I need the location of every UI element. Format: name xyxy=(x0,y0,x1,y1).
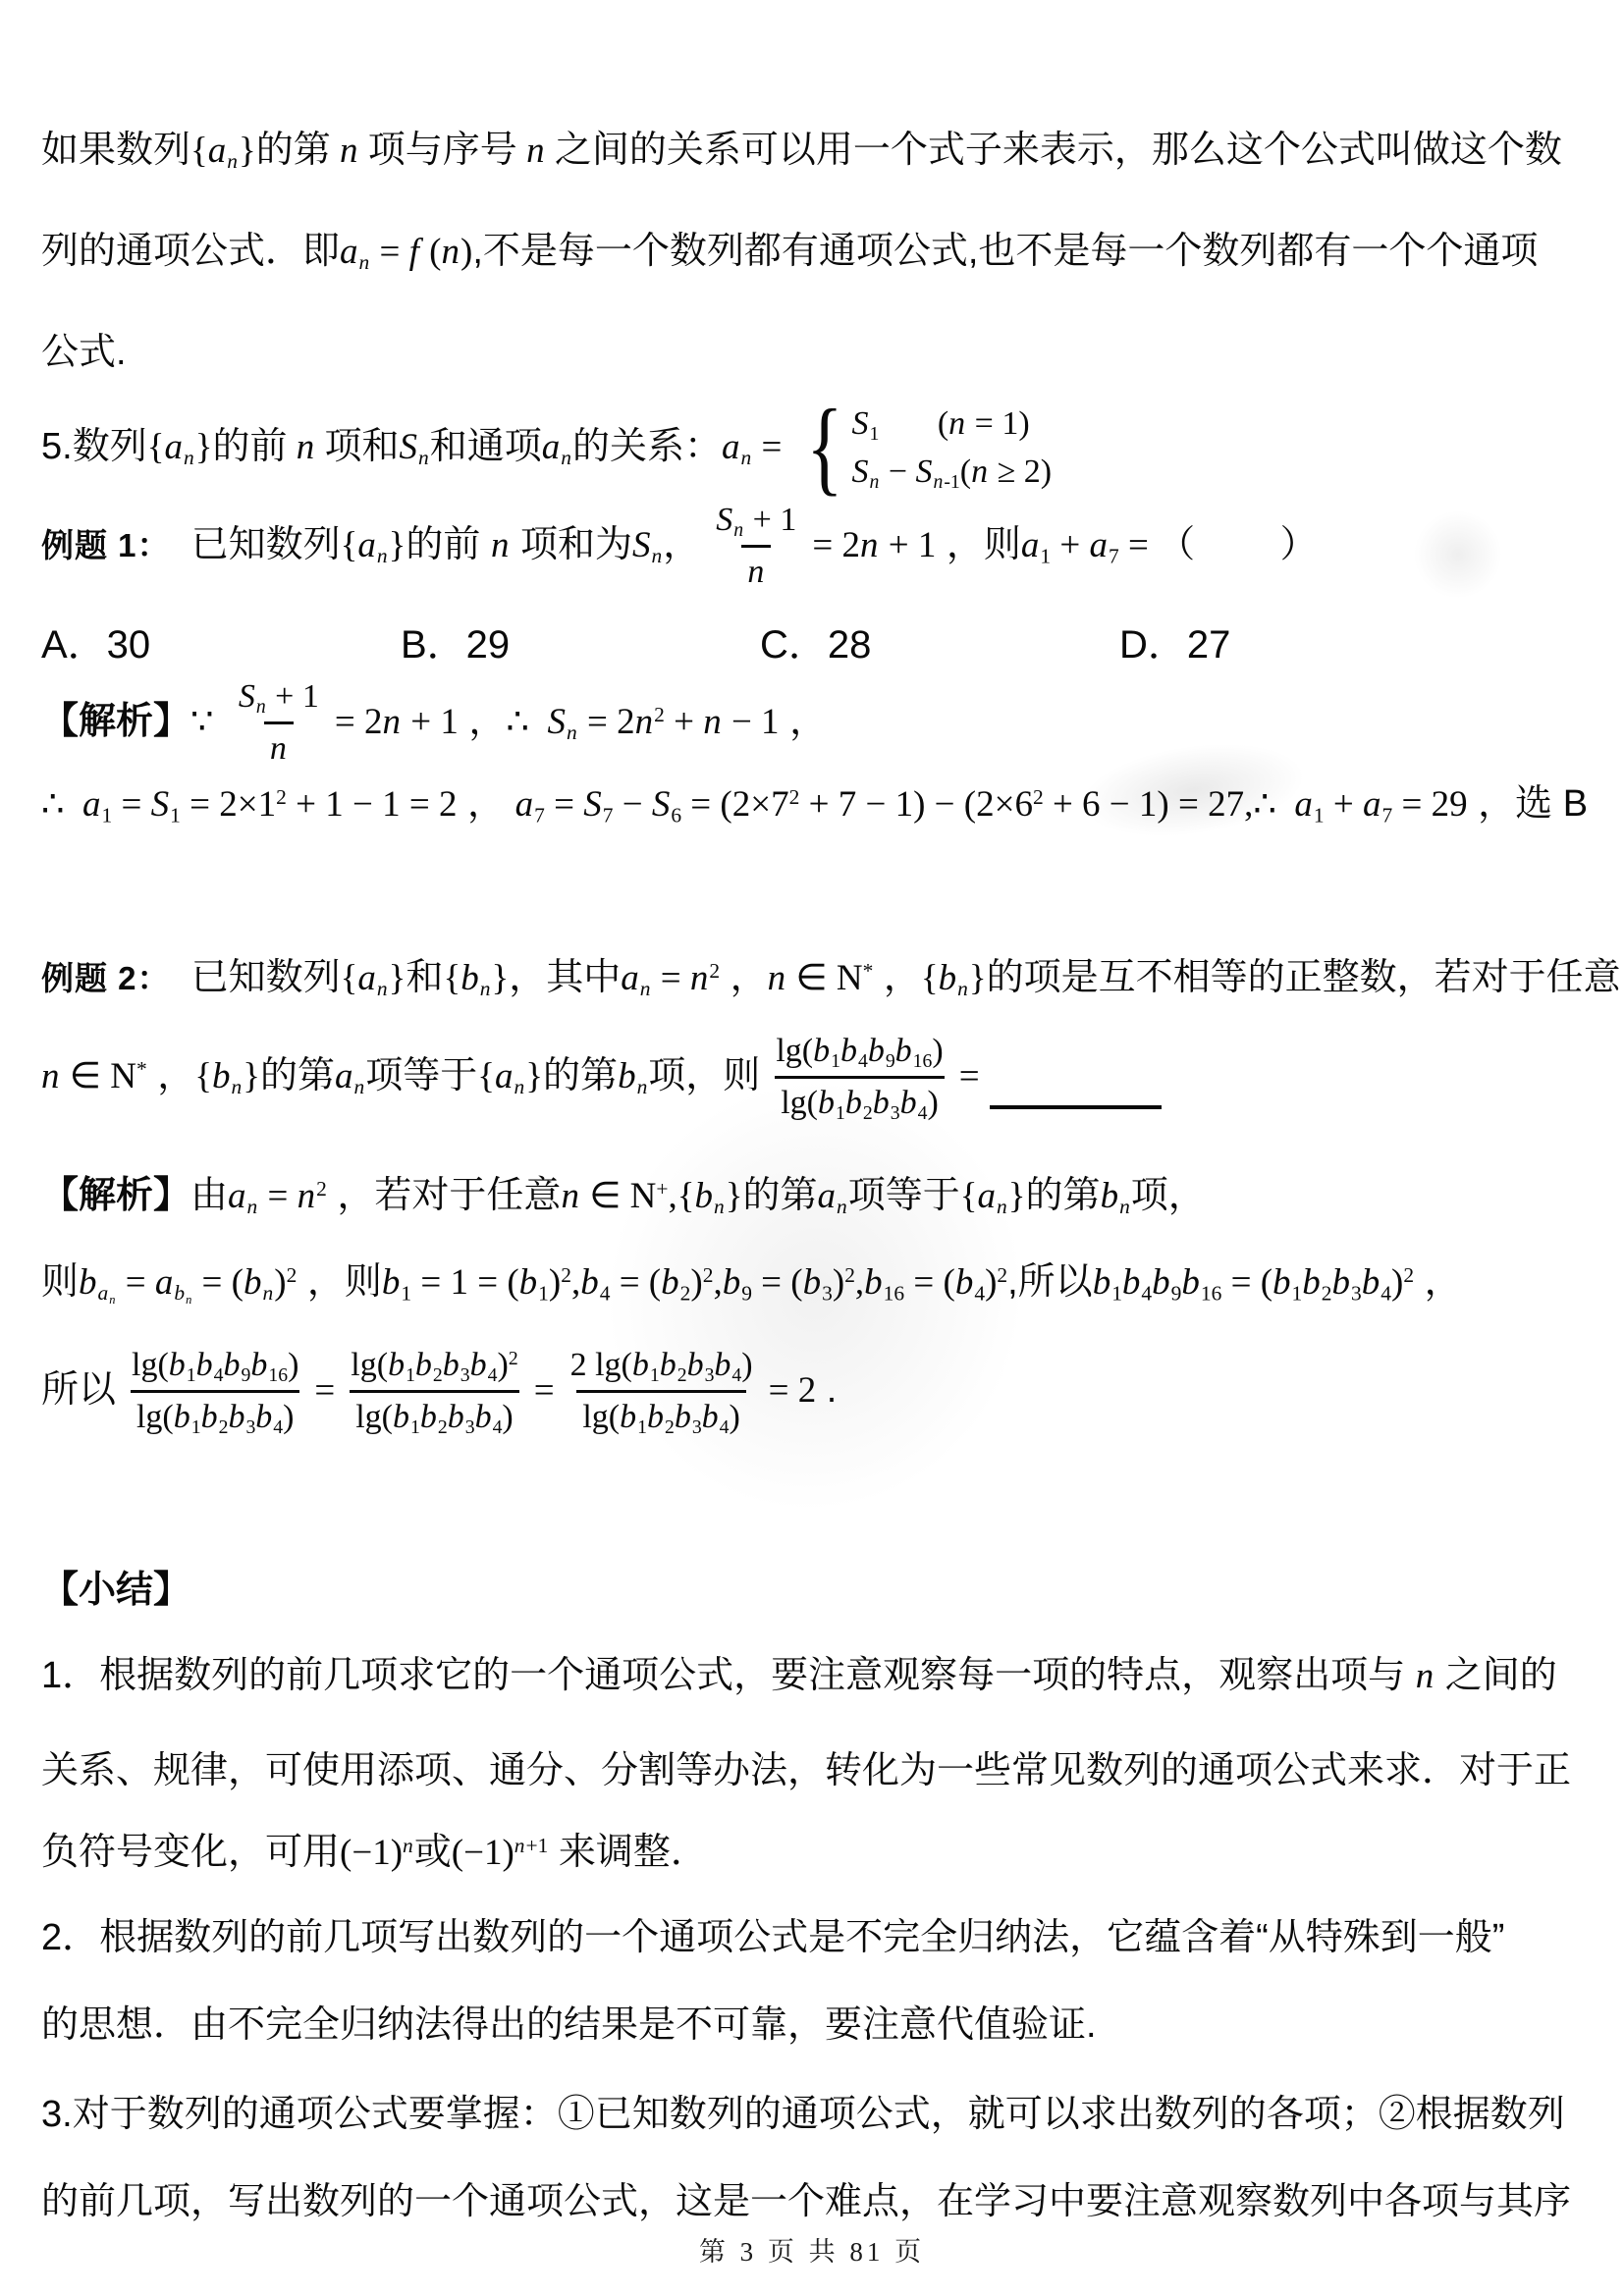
example-1-solution-line-1: 【解析】∵ Sn + 1n= 2n + 1 ，∴ Sn = 2n2 + n − … xyxy=(41,675,827,770)
text-run: 5.数列 xyxy=(41,424,147,471)
text-run: （ ） xyxy=(1158,522,1318,569)
math-run: {an} xyxy=(477,1054,543,1099)
math-run: ∵ xyxy=(190,700,223,745)
text-run: 项和 xyxy=(324,424,399,471)
text-run: 的关系： xyxy=(572,424,722,471)
cases-rows: S1 (n = 1)Sn − Sn-1(n ≥ 2) xyxy=(851,405,1052,491)
fraction-numerator: lg(b1b2b3b4)2 xyxy=(345,1346,523,1389)
math-run: {bn} xyxy=(921,956,987,1001)
math-run: (−1)n xyxy=(340,1831,414,1876)
option-label: D．27 xyxy=(1119,620,1479,669)
example-2-solution-line-1: 【解析】由an = n2 ，若对于任意n ∈ N+,{bn}的第an项等于{an… xyxy=(41,1173,1206,1220)
text-run: 和 xyxy=(406,955,443,1002)
math-run: b1b4b9b16 = (b1b2b3b4)2 xyxy=(1093,1260,1414,1306)
text-run: 的前 xyxy=(406,522,491,569)
text-run: 的前几项，写出数列的一个通项公式，这是一个难点，在学习中要注意观察数列中各项与其… xyxy=(41,2179,1571,2226)
text-run: 和通项 xyxy=(430,424,542,471)
text-run: ,不是每一个数列都有通项公式,也不是每一个数列都有一个个通项 xyxy=(472,229,1538,276)
math-run: n xyxy=(287,425,324,470)
fraction-numerator: Sn + 1 xyxy=(710,501,802,544)
text-run: 列的通项公式．即 xyxy=(41,229,340,276)
text-run: 则 xyxy=(41,1259,79,1307)
paragraph-1-line-2: 列的通项公式．即an = f (n),不是每一个数列都有通项公式,也不是每一个数… xyxy=(41,229,1538,276)
text-run: ， xyxy=(663,522,700,569)
math-run: a1 + a7 = xyxy=(1021,523,1158,568)
math-run: {bn} xyxy=(443,956,509,1001)
math-run: bn xyxy=(618,1054,648,1099)
summary-point-1-line-1: 1．根据数列的前几项求它的一个通项公式，要注意观察每一项的特点，观察出项与 n … xyxy=(41,1653,1557,1700)
example-2-solution-line-2: 则ban = abn = (bn)2 ，则b1 = 1 = (b1)2,b4 =… xyxy=(41,1259,1462,1307)
text-run: 之间的关系可以用一个式子来表示，那么这个公式叫做这个数 xyxy=(555,128,1562,175)
math-run: = xyxy=(314,1368,335,1414)
summary-point-2-line-1: 2．根据数列的前几项写出数列的一个通项公式是不完全归纳法，它蕴含着“从特殊到一般… xyxy=(41,1915,1504,1962)
text-run: 来调整． xyxy=(548,1830,708,1877)
math-run: n ∈ N+,{bn} xyxy=(561,1174,742,1219)
math-run: an = f (n) xyxy=(340,230,472,275)
text-run: 负符号变化，可用 xyxy=(41,1830,340,1877)
math-run: an xyxy=(335,1054,365,1099)
bold-text: 【解析】 xyxy=(41,699,190,746)
summary-point-2-line-2: 的思想．由不完全归纳法得出的结果是不可靠，要注意代值验证. xyxy=(41,2002,1097,2050)
math-run: ban = abn = (bn)2 xyxy=(79,1260,297,1306)
math-run: = 2 xyxy=(769,1368,817,1414)
fraction: 2 lg(b1b2b3b4)lg(b1b2b3b4) xyxy=(565,1346,759,1435)
text-run: 3.对于数列的通项公式要掌握：①已知数列的通项公式，就可以求出数列的各项；②根据… xyxy=(41,2092,1565,2139)
text-run: 的第 xyxy=(743,1173,818,1220)
math-run: an = xyxy=(722,425,791,470)
math-run: bn xyxy=(1101,1174,1131,1219)
text-run: ， xyxy=(780,699,828,746)
option-label: C．28 xyxy=(760,620,1119,669)
math-run: n xyxy=(331,129,368,174)
math-run: (−1)n+1 xyxy=(452,1831,549,1876)
text-run: ，则 xyxy=(297,1259,382,1307)
fraction-denominator: lg(b1b2b3b4) xyxy=(350,1390,519,1436)
document-page: 如果数列{an}的第 n 项与序号 n 之间的关系可以用一个式子来表示，那么这个… xyxy=(0,0,1624,2296)
text-run: ，则 xyxy=(936,522,1021,569)
math-run: {bn} xyxy=(194,1054,260,1099)
math-run: n xyxy=(1416,1654,1435,1699)
text-run: 的思想．由不完全归纳法得出的结果是不可靠，要注意代值验证. xyxy=(41,2002,1097,2050)
summary-point-1-line-3: 负符号变化，可用(−1)n或(−1)n+1 来调整． xyxy=(41,1830,708,1877)
math-run: an xyxy=(542,425,572,470)
option-label: A．30 xyxy=(41,620,401,669)
text-run: 的第 xyxy=(543,1053,618,1100)
bold-text: 【解析】 xyxy=(41,1173,190,1220)
text-run: 或 xyxy=(414,1830,452,1877)
math-run: {an} xyxy=(341,523,406,568)
example-label: 例题 2： xyxy=(41,958,171,998)
text-run: ，选 B xyxy=(1468,781,1588,828)
text-run: 由 xyxy=(190,1173,228,1220)
bold-text: 【小结】 xyxy=(41,1568,190,1615)
math-run: Sn xyxy=(400,425,430,470)
example-label: 例题 1： xyxy=(41,525,171,565)
text-run: 项和为 xyxy=(510,522,632,569)
fraction-denominator: n xyxy=(741,545,771,591)
fraction: Sn + 1n xyxy=(710,501,802,590)
cases-row: Sn − Sn-1(n ≥ 2) xyxy=(851,454,1052,490)
text-run: 项与序号 xyxy=(368,128,517,175)
paragraph-1-line-3: 公式. xyxy=(41,330,127,377)
piecewise-cases: {S1 (n = 1)Sn − Sn-1(n ≥ 2) xyxy=(799,400,1052,495)
fraction-denominator: lg(b1b2b3b4) xyxy=(775,1076,945,1122)
text-run: 之间的 xyxy=(1435,1653,1557,1700)
math-run: an = n2 xyxy=(228,1174,327,1219)
text-run: 项，则 xyxy=(648,1053,760,1100)
example-1-question: 例题 1： 已知数列{an}的前 n 项和为Sn，Sn + 1n= 2n + 1… xyxy=(41,499,1318,593)
fraction-denominator: lg(b1b2b3b4) xyxy=(576,1390,746,1436)
text-run: 关系、规律，可使用添项、通分、分割等办法，转化为一些常见数列的通项公式来求．对于… xyxy=(41,1748,1571,1795)
example-1-solution-line-2: ∴ a1 = S1 = 2×12 + 1 − 1 = 2 ， a7 = S7 −… xyxy=(41,781,1588,828)
text-run: ， xyxy=(147,1053,195,1100)
fraction-numerator: Sn + 1 xyxy=(233,677,325,721)
math-run: b1 = 1 = (b1)2,b4 = (b2)2,b9 = (b3)2,b16… xyxy=(382,1260,1007,1306)
summary-heading: 【小结】 xyxy=(41,1568,190,1615)
text-run: 的第 xyxy=(256,128,331,175)
item-5-sum-term-relation: 5.数列{an}的前 n 项和Sn和通项an的关系：an = {S1 (n = … xyxy=(41,393,1052,503)
text-run: ， xyxy=(720,955,768,1002)
text-run: 项， xyxy=(1131,1173,1206,1220)
math-run: {an} xyxy=(960,1174,1026,1219)
text-run: 的第 xyxy=(260,1053,335,1100)
math-run: ∴ a1 = S1 = 2×12 + 1 − 1 = 2 xyxy=(41,782,457,828)
math-run: = xyxy=(959,1054,980,1099)
answer-blank xyxy=(990,1103,1162,1109)
math-run: {an} xyxy=(147,425,213,470)
text-run: ,所以 xyxy=(1007,1259,1093,1307)
example-1-options: A．30B．29C．28D．27 xyxy=(41,620,1479,669)
summary-point-1-line-2: 关系、规律，可使用添项、通分、分割等办法，转化为一些常见数列的通项公式来求．对于… xyxy=(41,1748,1571,1795)
example-2-question-line-1: 例题 2： 已知数列{an}和{bn}，其中an = n2 ，n ∈ N* ，{… xyxy=(41,955,1621,1002)
math-run: an = n2 xyxy=(621,956,720,1001)
math-run: n xyxy=(491,523,511,568)
fraction-denominator: lg(b1b2b3b4) xyxy=(131,1390,300,1436)
math-run: {an} xyxy=(190,129,256,174)
option-label: B．29 xyxy=(401,620,760,669)
text-run: 项等于 xyxy=(848,1173,960,1220)
cases-row: S1 (n = 1) xyxy=(851,405,1052,442)
math-run: {an} xyxy=(341,956,406,1001)
text-run: 的项是互不相等的正整数，若对于任意 xyxy=(987,955,1621,1002)
fraction-numerator: lg(b1b4b9b16) xyxy=(770,1032,948,1075)
example-2-solution-line-3: 所以lg(b1b4b9b16)lg(b1b2b3b4)=lg(b1b2b3b4)… xyxy=(41,1340,837,1442)
page-number-footer: 第 3 页 共 81 页 xyxy=(0,2230,1624,2269)
text-run: ， xyxy=(457,781,514,828)
math-run: = xyxy=(534,1368,555,1414)
left-brace-glyph: { xyxy=(806,400,842,495)
watermark-artifact xyxy=(1414,510,1502,599)
text-run: 已知数列 xyxy=(171,522,341,569)
text-run: . xyxy=(816,1367,837,1415)
math-run: n ∈ N* xyxy=(768,956,874,1001)
math-run: n xyxy=(517,129,555,174)
math-run: an xyxy=(818,1174,848,1219)
text-run: ， xyxy=(459,699,507,746)
paragraph-1-line-1: 如果数列{an}的第 n 项与序号 n 之间的关系可以用一个式子来表示，那么这个… xyxy=(41,128,1562,175)
fraction: lg(b1b4b9b16)lg(b1b2b3b4) xyxy=(126,1346,304,1435)
text-run: 项等于 xyxy=(365,1053,477,1100)
math-run: n ∈ N* xyxy=(41,1054,147,1099)
text-run: 1．根据数列的前几项求它的一个通项公式，要注意观察每一项的特点，观察出项与 xyxy=(41,1653,1416,1700)
math-run: = 2n + 1 xyxy=(812,523,936,568)
text-run: ， xyxy=(873,955,921,1002)
math-run: = 2n + 1 xyxy=(335,700,459,745)
fraction: lg(b1b4b9b16)lg(b1b2b3b4) xyxy=(770,1032,948,1121)
fraction: Sn + 1n xyxy=(233,677,325,767)
text-run: 的第 xyxy=(1026,1173,1101,1220)
text-run: ，若对于任意 xyxy=(327,1173,562,1220)
text-run: 2．根据数列的前几项写出数列的一个通项公式是不完全归纳法，它蕴含着“从特殊到一般… xyxy=(41,1915,1504,1962)
fraction-numerator: 2 lg(b1b2b3b4) xyxy=(565,1346,759,1389)
text-run: 如果数列 xyxy=(41,128,190,175)
example-2-question-line-2: n ∈ N* ，{bn}的第an项等于{an}的第bn项，则lg(b1b4b9b… xyxy=(41,1029,1162,1125)
text-run: 公式. xyxy=(41,330,127,377)
math-run: ∴ Sn = 2n2 + n − 1 xyxy=(506,700,779,745)
text-run: ， xyxy=(1414,1259,1462,1307)
fraction-numerator: lg(b1b4b9b16) xyxy=(126,1346,304,1389)
math-run: Sn xyxy=(632,523,663,568)
summary-point-3-line-2: 的前几项，写出数列的一个通项公式，这是一个难点，在学习中要注意观察数列中各项与其… xyxy=(41,2179,1571,2226)
text-run: 的前 xyxy=(212,424,287,471)
math-run: a7 = S7 − S6 = (2×72 + 7 − 1) − (2×62 + … xyxy=(515,782,1468,828)
text-run: 所以 xyxy=(41,1367,116,1415)
fraction: lg(b1b2b3b4)2lg(b1b2b3b4) xyxy=(345,1346,523,1435)
text-run: 已知数列 xyxy=(171,955,341,1002)
text-run: ，其中 xyxy=(509,955,621,1002)
summary-point-3-line-1: 3.对于数列的通项公式要掌握：①已知数列的通项公式，就可以求出数列的各项；②根据… xyxy=(41,2092,1565,2139)
fraction-denominator: n xyxy=(264,721,294,768)
